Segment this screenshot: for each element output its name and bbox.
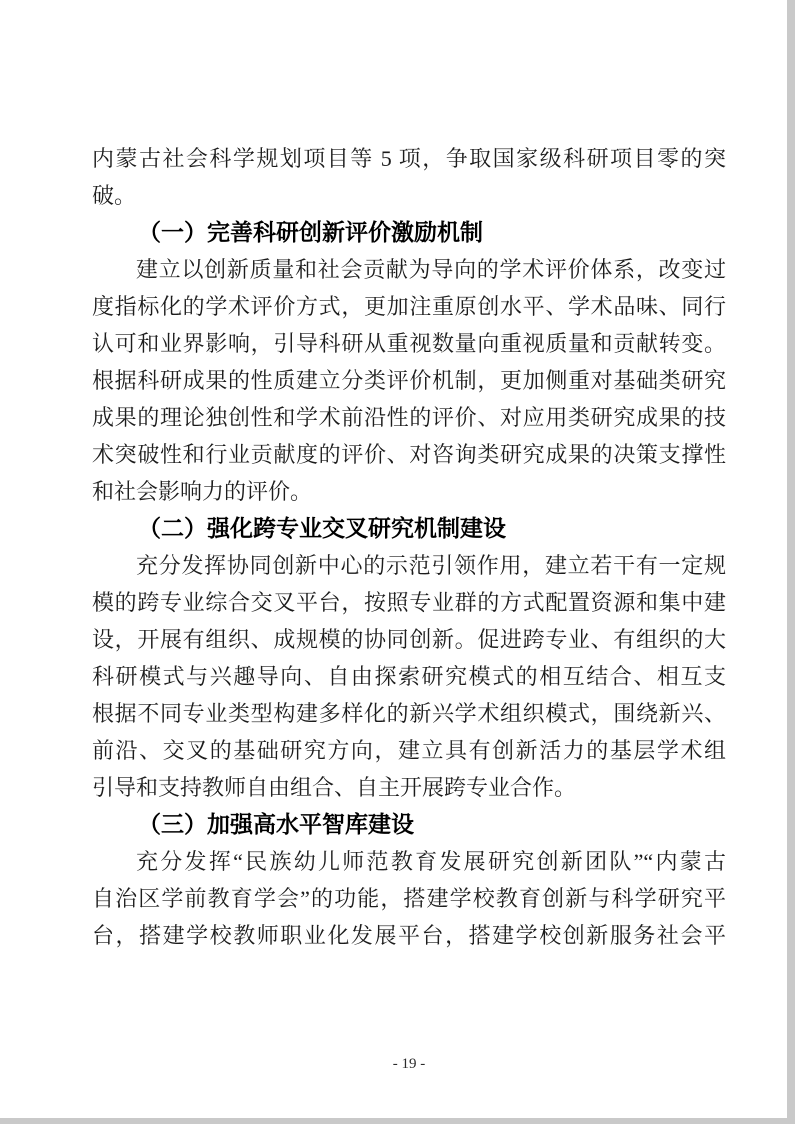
document-body: 内蒙古社会科学规划项目等 5 项，争取国家级科研项目零的突 破。 （一）完善科研… xyxy=(92,140,726,954)
paragraph-line: 自治区学前教育学会”的功能，搭建学校教育创新与科学研究平 xyxy=(92,880,726,917)
page-edge-bottom xyxy=(0,1118,795,1124)
paragraph-line: 认可和业界影响，引导科研从重视数量向重视质量和贡献转变。 xyxy=(92,325,726,362)
page-edge-right xyxy=(787,0,795,1124)
paragraph-line: 充分发挥“民族幼儿师范教育发展研究创新团队”“内蒙古 xyxy=(92,843,726,880)
paragraph-line: 成果的理论独创性和学术前沿性的评价、对应用类研究成果的技 xyxy=(92,399,726,436)
paragraph-line: 和社会影响力的评价。 xyxy=(92,473,726,510)
paragraph-line: 破。 xyxy=(92,177,726,214)
paragraph-line: 根据不同专业类型构建多样化的新兴学术组织模式，围绕新兴、 xyxy=(92,695,726,732)
paragraph-line: 内蒙古社会科学规划项目等 5 项，争取国家级科研项目零的突 xyxy=(92,140,726,177)
paragraph-line: 设，开展有组织、成规模的协同创新。促进跨专业、有组织的大 xyxy=(92,621,726,658)
document-page: 内蒙古社会科学规划项目等 5 项，争取国家级科研项目零的突 破。 （一）完善科研… xyxy=(0,0,795,1124)
section-heading-2: （二）强化跨专业交叉研究机制建设 xyxy=(92,510,726,547)
section-heading-3: （三）加强高水平智库建设 xyxy=(92,806,726,843)
paragraph-line: 科研模式与兴趣导向、自由探索研究模式的相互结合、相互支撑。 xyxy=(92,658,726,695)
paragraph-line: 台，搭建学校教师职业化发展平台，搭建学校创新服务社会平台， xyxy=(92,917,726,954)
paragraph-line: 根据科研成果的性质建立分类评价机制，更加侧重对基础类研究 xyxy=(92,362,726,399)
paragraph-line: 度指标化的学术评价方式，更加注重原创水平、学术品味、同行 xyxy=(92,288,726,325)
paragraph-line: 模的跨专业综合交叉平台，按照专业群的方式配置资源和集中建 xyxy=(92,584,726,621)
paragraph-line: 建立以创新质量和社会贡献为导向的学术评价体系，改变过 xyxy=(92,251,726,288)
paragraph-line: 前沿、交叉的基础研究方向，建立具有创新活力的基层学术组织， xyxy=(92,732,726,769)
paragraph-line: 术突破性和行业贡献度的评价、对咨询类研究成果的决策支撑性 xyxy=(92,436,726,473)
paragraph-line: 引导和支持教师自由组合、自主开展跨专业合作。 xyxy=(92,769,726,806)
section-heading-1: （一）完善科研创新评价激励机制 xyxy=(92,214,726,251)
paragraph-line: 充分发挥协同创新中心的示范引领作用，建立若干有一定规 xyxy=(92,547,726,584)
page-number: - 19 - xyxy=(92,1056,726,1073)
